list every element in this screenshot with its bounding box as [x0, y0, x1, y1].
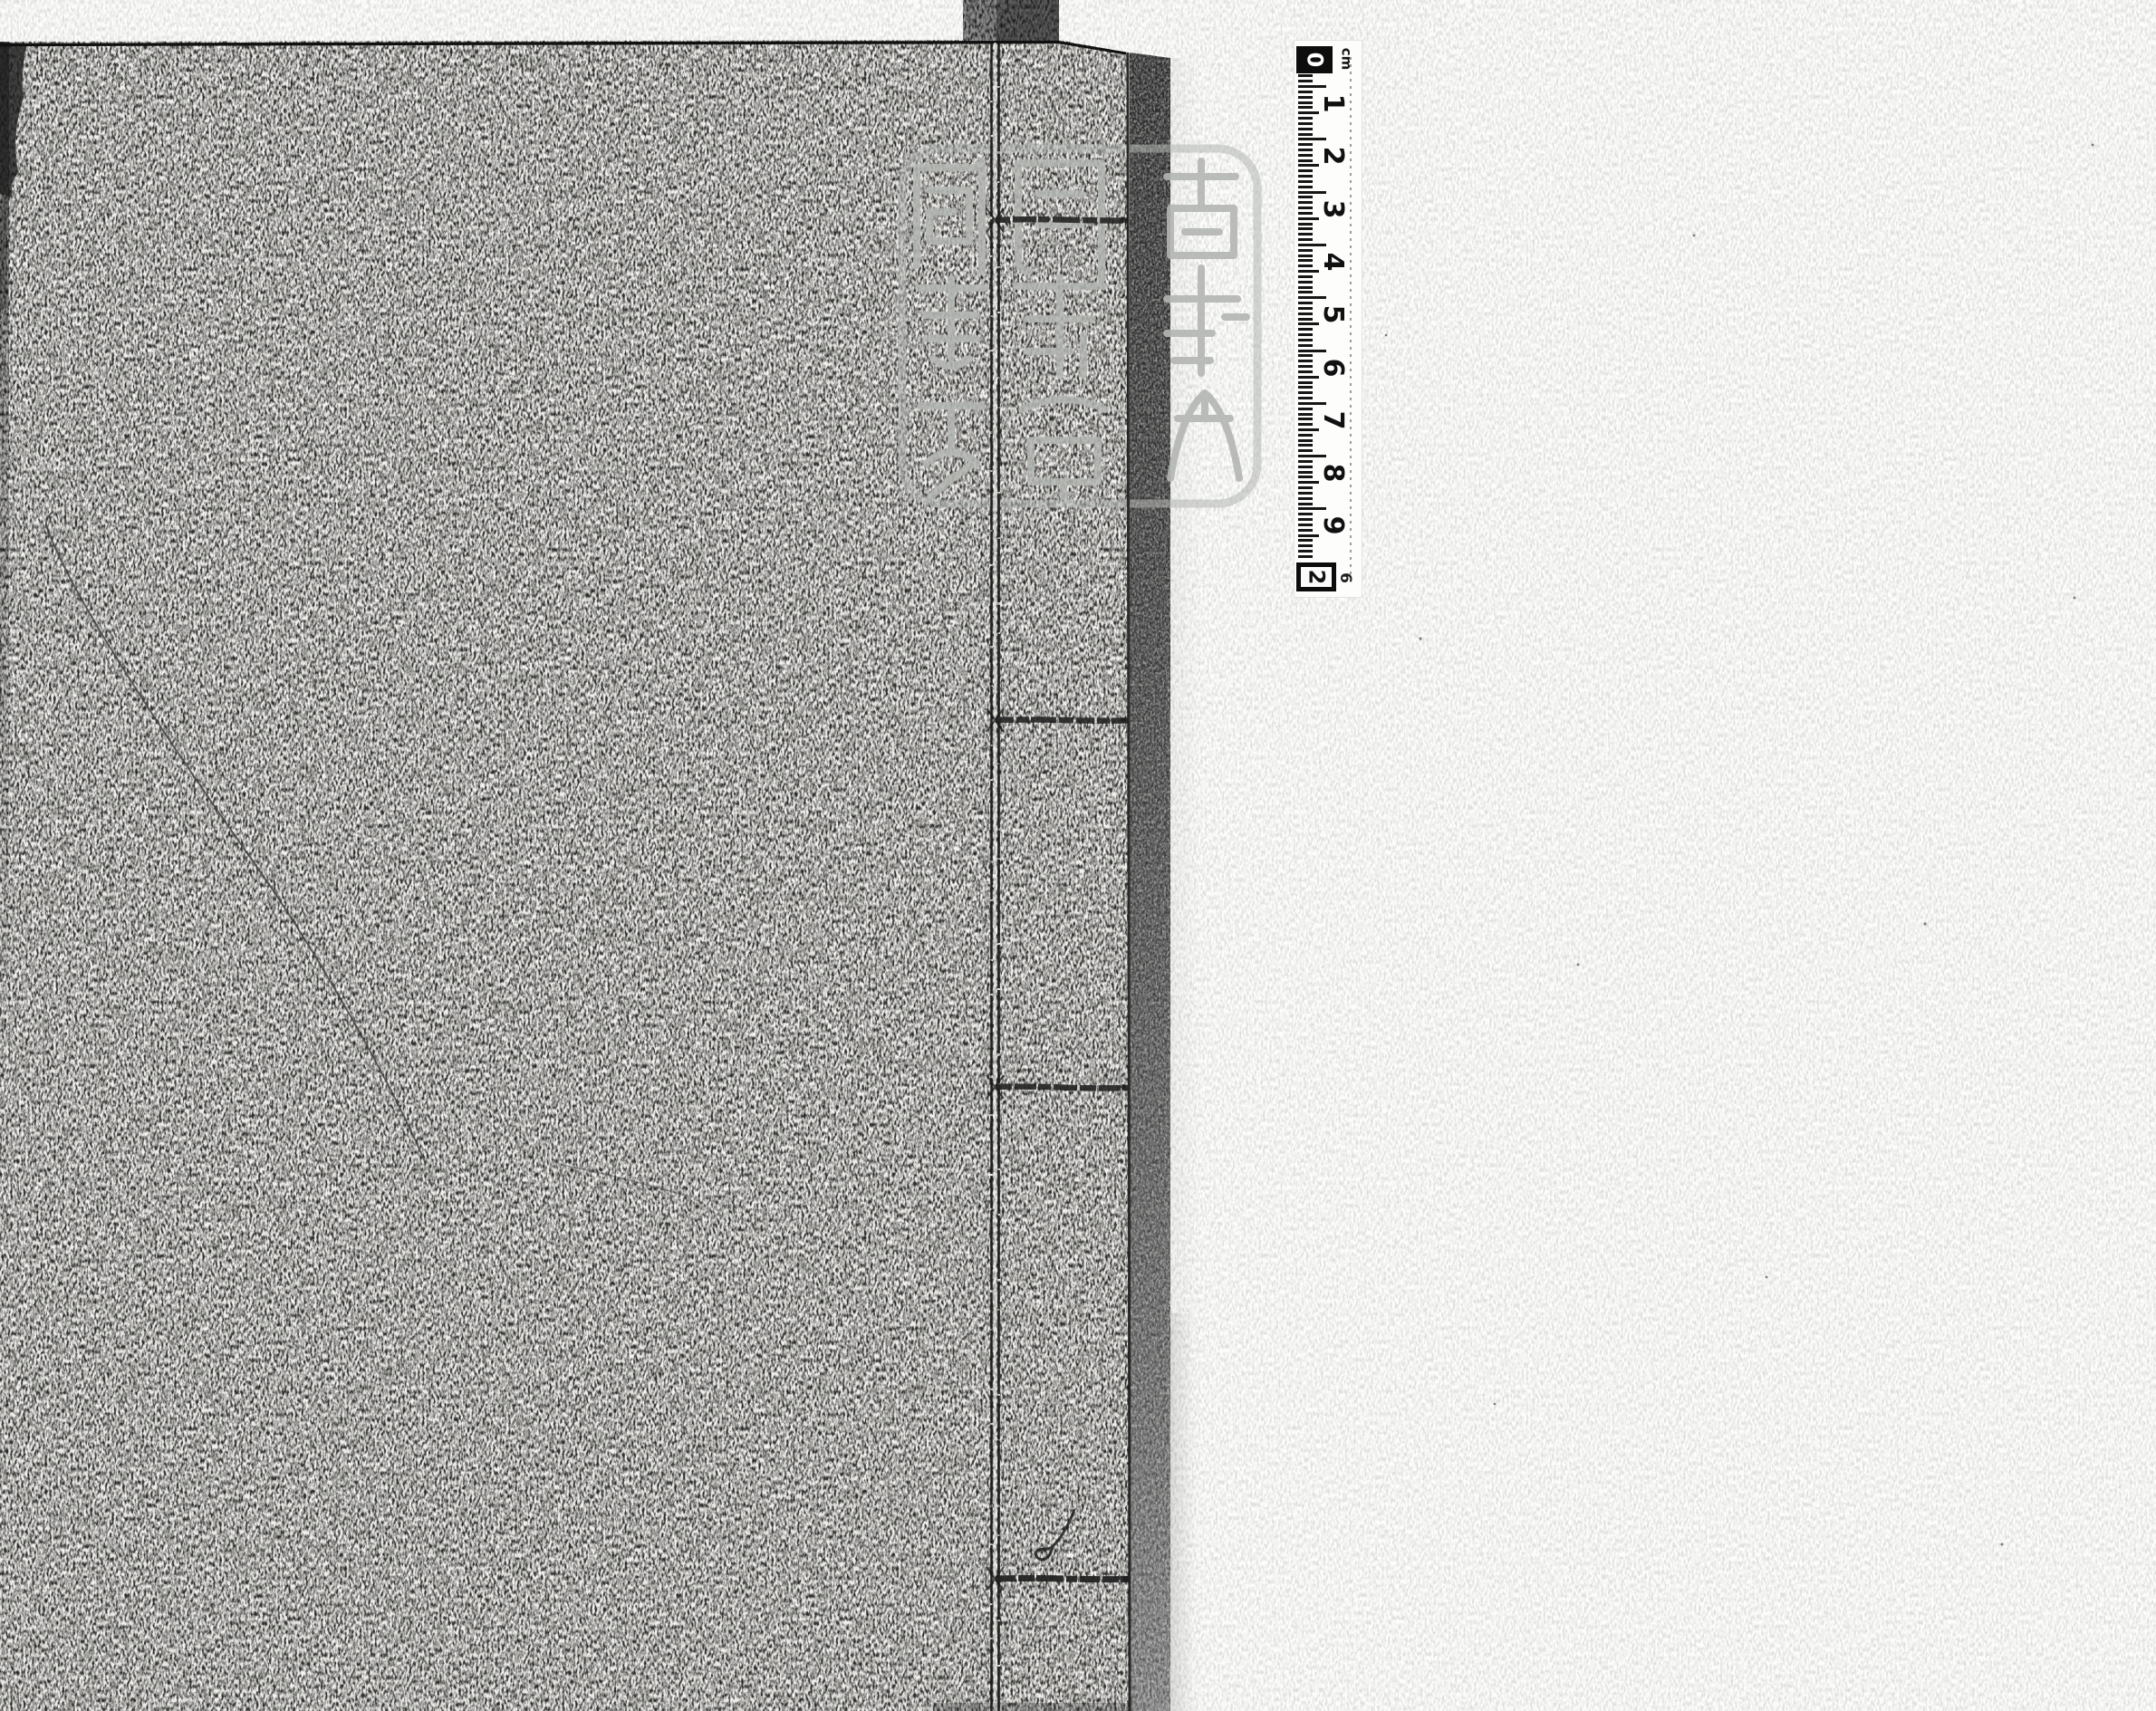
protruding-page-tab	[963, 0, 1059, 43]
ruler-tick-mm	[1298, 471, 1313, 474]
ruler-tick-mm	[1298, 101, 1313, 104]
ruler-tick-mm	[1298, 207, 1313, 209]
ruler-number: 1	[1316, 87, 1349, 120]
ruler-tick-mm	[1298, 513, 1313, 515]
ruler-tick-mm	[1298, 449, 1313, 452]
ruler-tick-mm	[1298, 302, 1313, 304]
bottom-smudge	[933, 1703, 1132, 1711]
ruler-tick-mm	[1298, 154, 1313, 157]
ruler-tick-mm	[1298, 344, 1313, 347]
ruler-tick-mm	[1298, 223, 1313, 226]
ruler-tick-mm	[1298, 143, 1313, 146]
ruler-tick-mm	[1298, 539, 1313, 542]
ruler-tick-mm	[1298, 423, 1313, 426]
ruler-tick-mm	[1298, 249, 1313, 252]
ruler-tick-mm	[1298, 486, 1313, 489]
ruler-tick-mm	[1298, 255, 1313, 257]
cover-right-edge	[1128, 53, 1130, 1711]
ruler-end-label: 2	[1304, 570, 1329, 585]
ruler-tick-mm	[1298, 259, 1313, 262]
ruler-tick-mm	[1298, 460, 1313, 463]
ruler-number: 4	[1316, 245, 1349, 278]
ruler-tick-mm	[1298, 159, 1313, 162]
ruler-tick-mm	[1298, 354, 1313, 357]
ruler-number: 5	[1316, 298, 1349, 331]
ruler-tick-mm	[1298, 360, 1313, 362]
ruler-tick-mm	[1298, 466, 1313, 468]
ruler-tick-mm	[1298, 286, 1313, 289]
ruler-number: 3	[1316, 193, 1349, 226]
binding-thread	[992, 43, 999, 1711]
ruler-tick-mm	[1298, 444, 1313, 447]
ruler-tick-mm	[1298, 370, 1313, 373]
ruler-tick-mm	[1298, 74, 1313, 77]
ruler-fine-print-line	[1350, 57, 1352, 581]
ruler-tick-mm	[1298, 180, 1313, 183]
ruler-end-box: 2	[1296, 562, 1336, 591]
ruler-number: 8	[1316, 457, 1349, 489]
ruler-tick-mm	[1298, 128, 1313, 130]
book-cover-scan	[0, 0, 2156, 1711]
ruler-tick-mm	[1298, 227, 1313, 230]
ruler-tick-mm	[1298, 233, 1313, 236]
ruler-tick-mm	[1298, 133, 1313, 136]
ruler-unit-label: cm	[1338, 48, 1354, 71]
ruler-tick-mm	[1298, 122, 1313, 125]
ruler-tick-mm	[1298, 529, 1313, 532]
ruler-tick-mm	[1298, 264, 1313, 267]
scan-page: 0 cm 123456789 2 6	[0, 0, 2156, 1711]
ruler-tick-mm	[1298, 476, 1313, 478]
ruler-tick-mm	[1298, 386, 1313, 389]
ruler-tick-mm	[1298, 518, 1313, 521]
ruler-tick-mm	[1298, 524, 1313, 526]
ruler-tick-mm	[1298, 212, 1313, 215]
ruler-tick-mm	[1298, 238, 1313, 241]
ruler-tick-mm	[1298, 333, 1313, 336]
ruler-zero-label: 0	[1302, 53, 1327, 68]
ruler-tick-mm	[1298, 408, 1313, 410]
ruler-tick-mm	[1298, 96, 1313, 99]
ruler-tick-mm	[1298, 312, 1313, 315]
ruler-tick-mm	[1298, 291, 1313, 293]
ruler-number: 7	[1316, 404, 1349, 437]
ruler-tick-mm	[1298, 281, 1313, 284]
ruler-tick-mm	[1298, 169, 1313, 172]
ruler-tick-mm	[1298, 492, 1313, 495]
photo-scale-ruler: 0 cm 123456789 2 6	[1294, 40, 1362, 598]
ruler-tick-mm	[1298, 201, 1313, 204]
ruler-tick-mm	[1298, 196, 1313, 198]
ruler-tick-mm	[1298, 80, 1313, 82]
ruler-zero-box: 0	[1296, 46, 1333, 73]
ruler-tick-mm	[1298, 91, 1313, 93]
ruler-tick-mm	[1298, 434, 1313, 437]
ruler-tick-mm	[1298, 503, 1313, 505]
ruler-tick-mm	[1298, 497, 1313, 500]
ruler-tick-mm	[1298, 307, 1313, 310]
ruler-tick-mm	[1298, 328, 1313, 331]
ruler-tick-mm	[1298, 186, 1313, 188]
ruler-tick-mm	[1298, 544, 1313, 547]
ruler-tick-mm	[1298, 391, 1313, 394]
ruler-tick-mm	[1298, 413, 1313, 416]
ruler-tick-mm	[1298, 175, 1313, 178]
ruler-number: 6	[1316, 351, 1349, 384]
ruler-tick-mm	[1298, 149, 1313, 151]
ruler-number: 2	[1316, 139, 1349, 172]
ruler-tick-mm	[1298, 550, 1313, 553]
ruler-tick-mm	[1298, 418, 1313, 420]
ruler-tick-mm	[1298, 439, 1313, 442]
ruler-tick-mm	[1298, 117, 1313, 120]
ruler-number: 9	[1316, 509, 1349, 542]
ruler-tick-mm	[1298, 381, 1313, 384]
ruler-tick-mm	[1298, 275, 1313, 278]
ruler-tick-mm	[1298, 106, 1313, 109]
ruler-tick-mm	[1298, 397, 1313, 399]
ruler-tick-mm	[1298, 555, 1313, 558]
ruler-tick-mm	[1298, 339, 1313, 341]
ruler-tick-mm	[1298, 318, 1313, 321]
ruler-tick-mm	[1298, 365, 1313, 368]
